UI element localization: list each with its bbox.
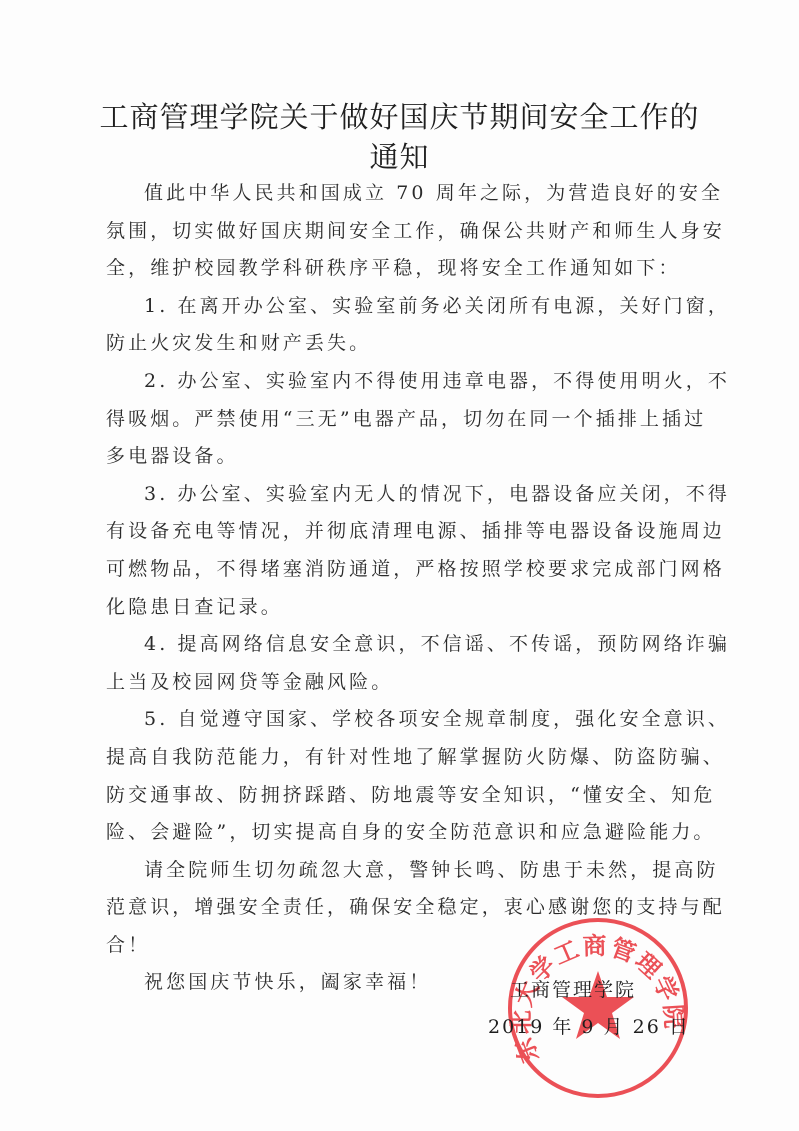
- text-line: 可燃物品，不得堵塞消防通道，严格按照学校要求完成部门网格: [68, 551, 706, 589]
- text-line: 险、会避险”，切实提高自身的安全防范意识和应急避险能力。: [68, 814, 706, 852]
- document-title-line2: 通知: [0, 135, 799, 176]
- text-line: 防交通事故、防拥挤踩踏、防地震等安全知识，“懂安全、知危: [68, 777, 706, 815]
- signature-date: 2019 年 9 月 26 日: [488, 1012, 690, 1039]
- text-line: 多电器设备。: [68, 438, 706, 476]
- text-line: 值此中华人民共和国成立 70 周年之际，为营造良好的安全: [106, 175, 706, 213]
- paragraph-item-3: 3. 办公室、实验室内无人的情况下，电器设备应关闭，不得 有设备充电等情况，并彻…: [106, 476, 706, 626]
- text-line: 2. 办公室、实验室内不得使用违章电器，不得使用明火，不: [106, 363, 706, 401]
- text-line: 4. 提高网络信息安全意识，不信谣、不传谣，预防网络诈骗: [106, 626, 706, 664]
- paragraph-item-1: 1. 在离开办公室、实验室前务必关闭所有电源，关好门窗， 防止火灾发生和财产丢失…: [106, 288, 706, 363]
- text-line: 提高自我防范能力，有针对性地了解掌握防火防爆、防盗防骗、: [68, 739, 706, 777]
- official-seal-stamp: 东北大学工商管理学院: [503, 913, 693, 1103]
- text-line: 氛围，切实做好国庆期间安全工作，确保公共财产和师生人身安: [68, 213, 706, 251]
- paragraph-item-4: 4. 提高网络信息安全意识，不信谣、不传谣，预防网络诈骗 上当及校园网贷等金融风…: [106, 626, 706, 701]
- text-line: 3. 办公室、实验室内无人的情况下，电器设备应关闭，不得: [106, 476, 706, 514]
- document-title-line1: 工商管理学院关于做好国庆节期间安全工作的: [0, 95, 799, 136]
- text-line: 请全院师生切勿疏忽大意，警钟长鸣、防患于未然，提高防: [106, 852, 706, 890]
- paragraph-intro: 值此中华人民共和国成立 70 周年之际，为营造良好的安全 氛围，切实做好国庆期间…: [106, 175, 706, 288]
- document-body: 值此中华人民共和国成立 70 周年之际，为营造良好的安全 氛围，切实做好国庆期间…: [106, 175, 706, 1002]
- text-line: 上当及校园网贷等金融风险。: [68, 664, 706, 702]
- paragraph-item-2: 2. 办公室、实验室内不得使用违章电器，不得使用明火，不 得吸烟。严禁使用“三无…: [106, 363, 706, 476]
- text-line: 全，维护校园教学科研秩序平稳，现将安全工作通知如下：: [68, 250, 706, 288]
- text-line: 防止火灾发生和财产丢失。: [68, 325, 706, 363]
- text-line: 5. 自觉遵守国家、学校各项安全规章制度，强化安全意识、: [106, 701, 706, 739]
- text-line: 化隐患日查记录。: [68, 589, 706, 627]
- text-line: 1. 在离开办公室、实验室前务必关闭所有电源，关好门窗，: [106, 288, 706, 326]
- signature-organization: 工商管理学院: [510, 975, 636, 1002]
- text-line: 有设备充电等情况，并彻底清理电源、插排等电器设备设施周边: [68, 513, 706, 551]
- paragraph-item-5: 5. 自觉遵守国家、学校各项安全规章制度，强化安全意识、 提高自我防范能力，有针…: [106, 701, 706, 851]
- text-line: 得吸烟。严禁使用“三无”电器产品，切勿在同一个插排上插过: [68, 401, 706, 439]
